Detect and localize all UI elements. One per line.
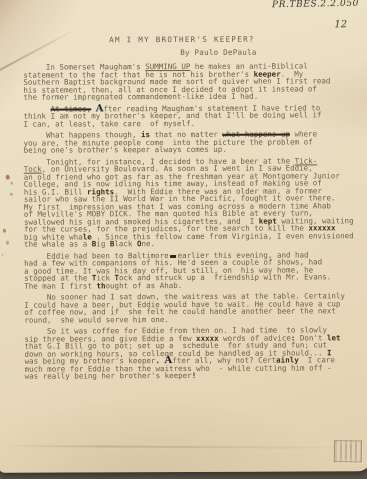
typed-line: being one's brother's keeper always come… (24, 145, 358, 154)
document-page: PR.TBES.2.2.050 12 AM I MY BROTHER'S KEE… (0, 0, 367, 473)
paragraph: So it was coffee for Eddie from then on.… (24, 326, 358, 380)
typed-line: the whale as a Big Black One. (24, 239, 358, 248)
paragraph: No sooner had I sat down, the waitress w… (24, 292, 358, 323)
document-title: AM I MY BROTHER'S KEEPER? (109, 35, 255, 45)
typed-line: was really being her brother's keeper! (25, 371, 359, 380)
paper-crease-bottom (0, 445, 367, 449)
document-body: In Somerset Maugham's SUMMING UP he make… (23, 62, 358, 384)
typed-line: round, she would serve him one. (24, 315, 358, 324)
paragraph: Eddie had been to Baltimoreearlier this … (24, 251, 358, 290)
paper-stain (3, 229, 6, 233)
paragraph: In Somerset Maugham's SUMMING UP he make… (23, 62, 357, 101)
paper-stain (10, 193, 13, 196)
document-byline: By Paulo DePaula (180, 48, 256, 57)
embossed-stamp-icon (334, 440, 362, 462)
archive-reference-annotation: PR.TBES.2.2.050 (272, 0, 359, 10)
paragraph: What happens though, is that no matter w… (24, 130, 358, 154)
page-number: 12 (334, 19, 347, 30)
paragraph: Tonight, for instance, I decided to have… (24, 157, 358, 248)
paper-stain (6, 175, 10, 180)
typed-line: I can, at least, take care of myself. (24, 119, 358, 128)
typed-line: The man I first thought of as Ahab. (24, 281, 358, 290)
paragraph: At times, After reading Maugham's statem… (23, 104, 357, 128)
typed-line: the former impregnated commandement-like… (23, 92, 357, 101)
